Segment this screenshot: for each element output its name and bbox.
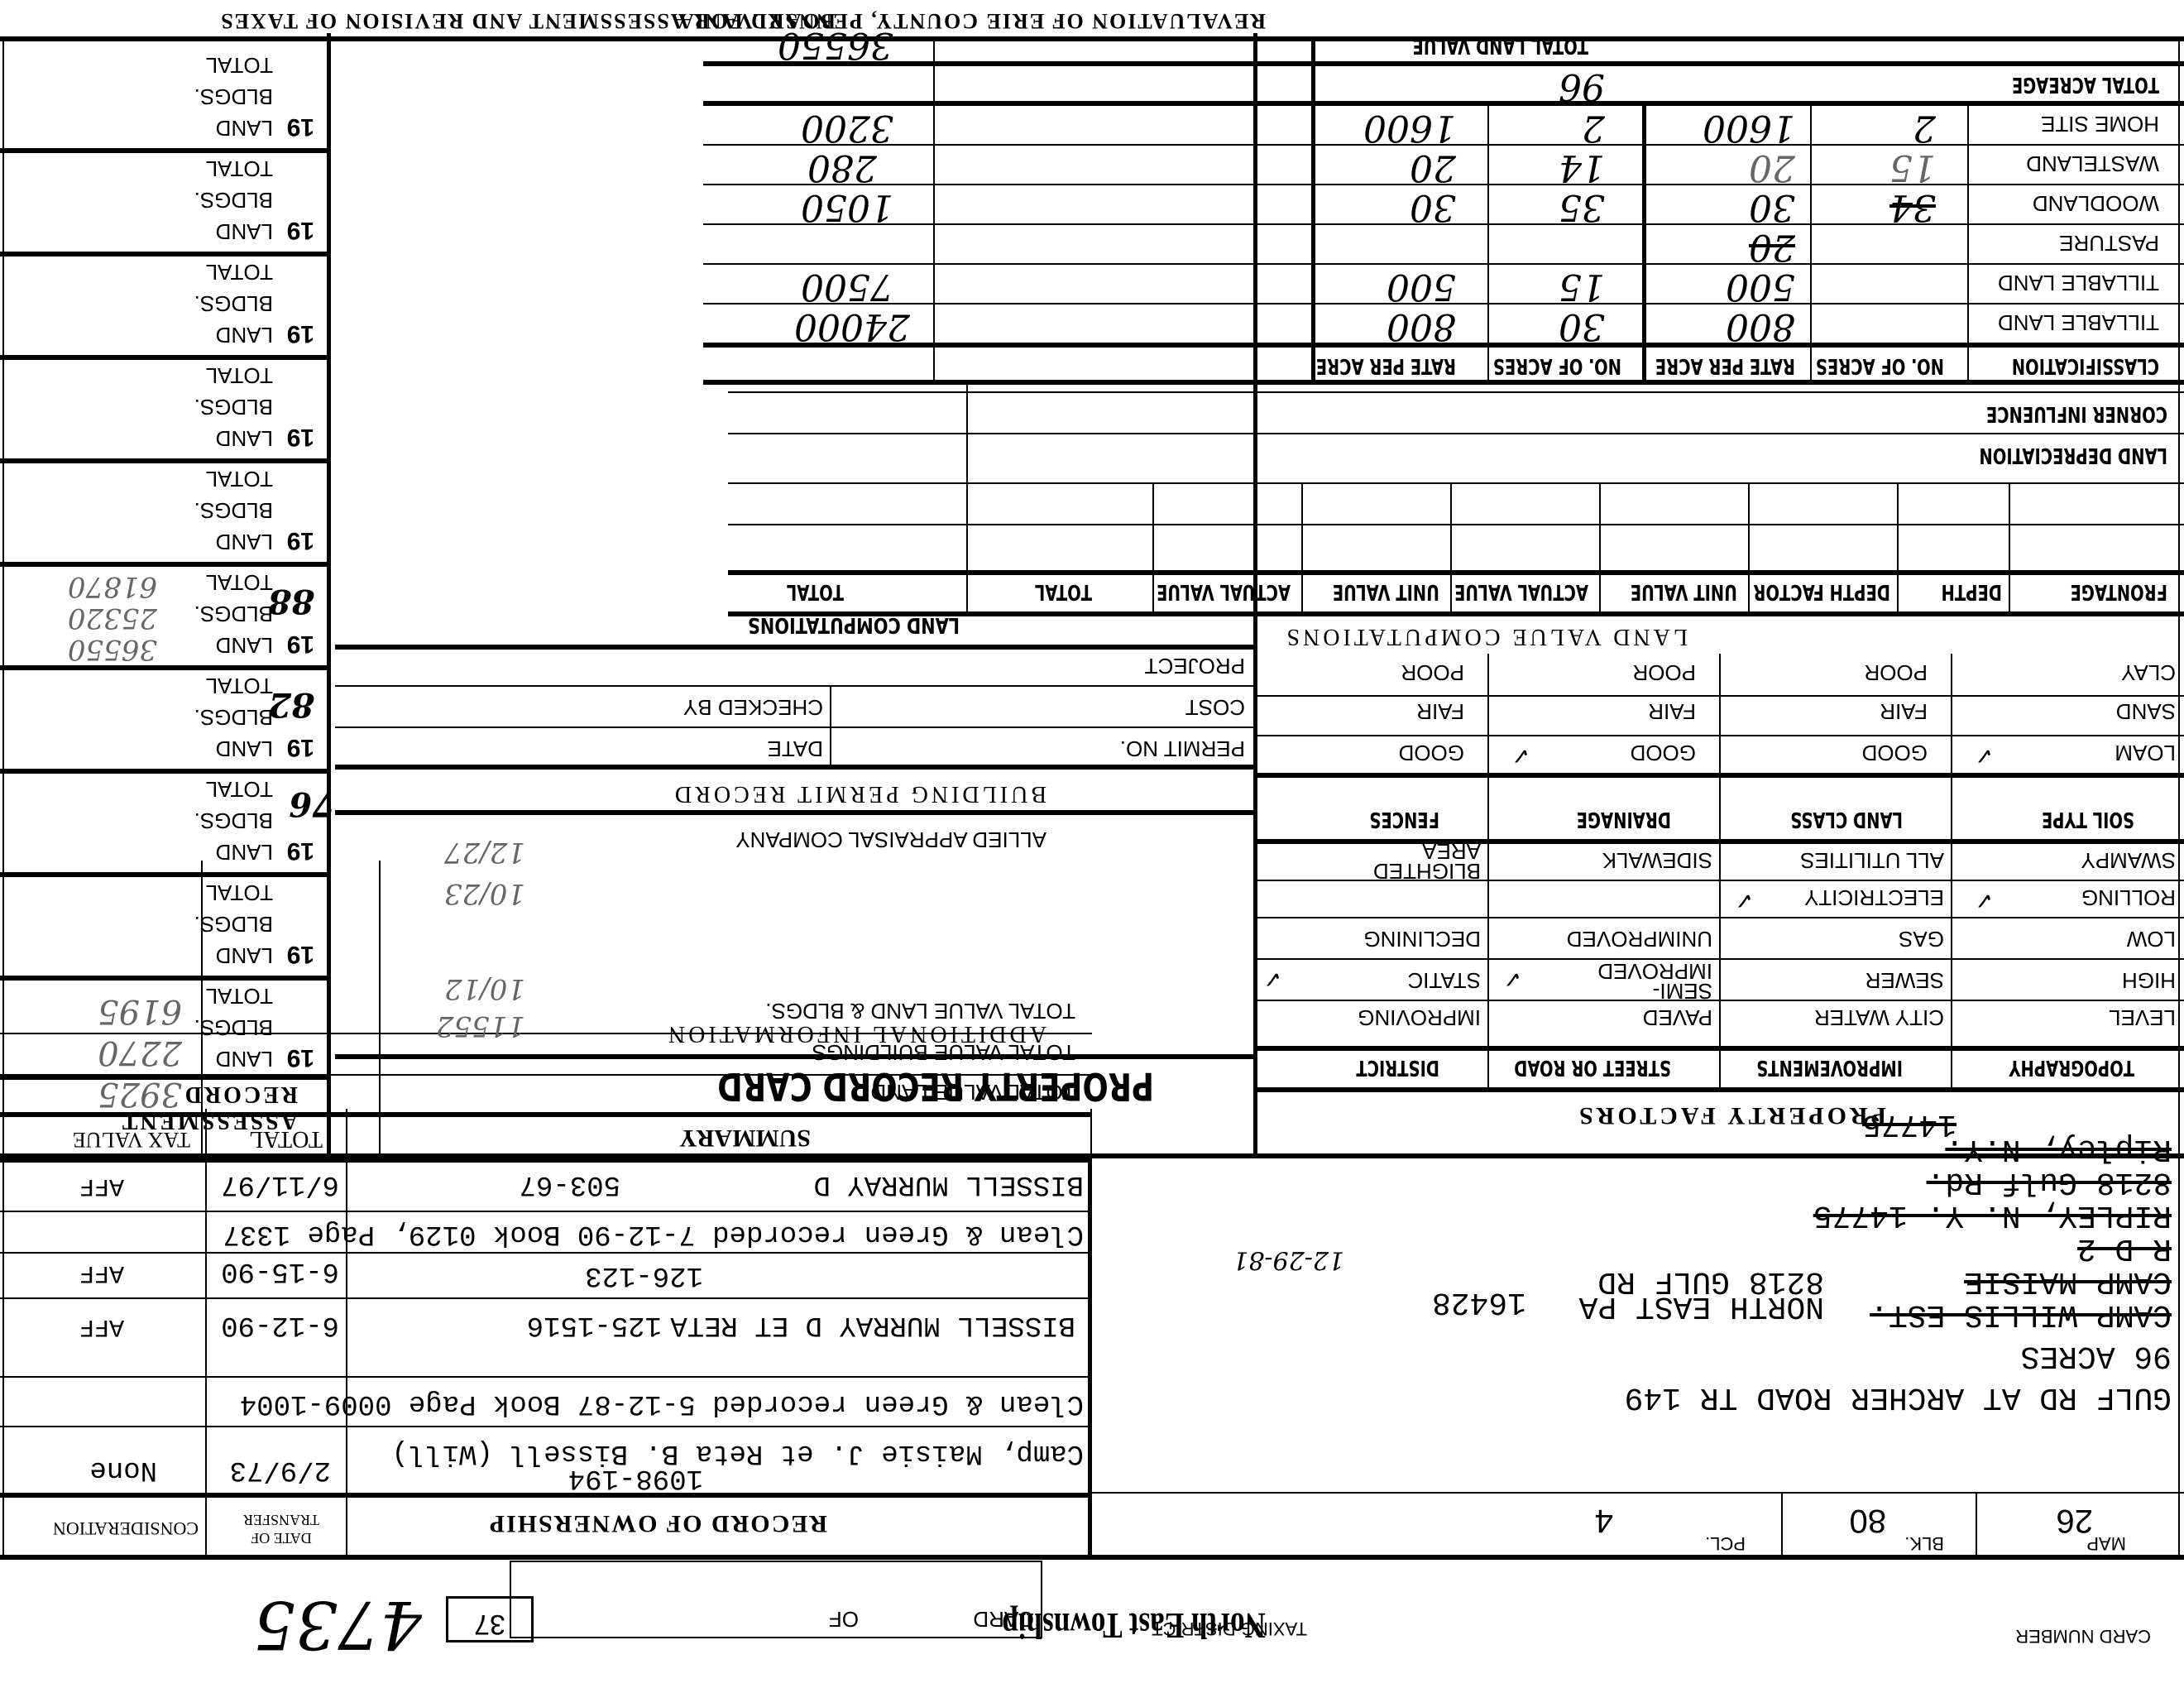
acreage-value: 7500 bbox=[801, 266, 893, 308]
street-semi-improved: SEMI-IMPROVED bbox=[1597, 961, 1712, 1001]
imp-electricity: ELECTRICITY bbox=[1804, 885, 1944, 910]
acreage-rate-2: 20 bbox=[1410, 146, 1456, 189]
ownership-text: Camp, Maisie J. et Reta B. Bissell (Will… bbox=[391, 1437, 1084, 1469]
year-prefix: 19 bbox=[287, 940, 314, 968]
fences-fair: FAIR bbox=[1416, 698, 1464, 724]
land-label: LAND bbox=[216, 115, 273, 141]
year-prefix: 19 bbox=[287, 113, 314, 141]
year-prefix: 19 bbox=[287, 526, 314, 554]
divider bbox=[1951, 774, 1952, 1092]
acreage-rate-1: 500 bbox=[1726, 266, 1795, 308]
acreage-col-classification: CLASSIFICATION bbox=[2012, 353, 2159, 378]
ownership-consideration: AFF bbox=[79, 1259, 124, 1287]
fences-good: GOOD bbox=[1399, 740, 1464, 765]
lvc-col-depth-factor: DEPTH FACTOR bbox=[1753, 579, 1890, 604]
ownership-date: 2/9/73 bbox=[230, 1454, 331, 1485]
acreage-acres-2: 35 bbox=[1559, 186, 1605, 228]
rule bbox=[0, 1426, 1092, 1427]
divider bbox=[1152, 484, 1154, 616]
acreage-acres-1: 15 bbox=[1889, 146, 1936, 189]
property-factors-title: PROPERTY FACTORS bbox=[1576, 1101, 1886, 1129]
land-depreciation-label: LAND DEPRECIATION bbox=[1979, 443, 2167, 468]
year-suffix: 82 bbox=[268, 685, 314, 724]
drainage-fair: FAIR bbox=[1648, 698, 1696, 724]
ownership-consideration: None bbox=[89, 1454, 157, 1485]
ownership-row: 126-123 6-15-90 AFF bbox=[0, 1254, 1092, 1295]
rule bbox=[335, 1054, 1253, 1059]
land-label: LAND bbox=[216, 942, 273, 968]
current-zip: 16428 bbox=[1432, 1284, 1526, 1320]
acreage-rate-1: 20 bbox=[1749, 146, 1795, 189]
rule bbox=[0, 1376, 1092, 1378]
blk-label: BLK. bbox=[1904, 1532, 1944, 1554]
land-label: LAND bbox=[216, 839, 273, 865]
soil-clay: CLAY bbox=[2121, 659, 2176, 685]
land-class-fair: FAIR bbox=[1880, 698, 1928, 724]
street-unimproved: UNIMPROVED bbox=[1567, 926, 1712, 952]
year-prefix: 19 bbox=[287, 216, 314, 244]
acreage-col-acres-2: NO. OF ACRES bbox=[1493, 353, 1621, 378]
property-acres: 96 ACRES bbox=[2021, 1338, 2172, 1374]
acreage-row: WOODLAND 34 30 35 30 1050 bbox=[703, 185, 2184, 224]
rule bbox=[335, 765, 1253, 770]
ownership-row: BISSELL MURRAY D 503-67 6/11/97 AFF bbox=[0, 1163, 1092, 1208]
rule bbox=[1257, 1046, 2184, 1051]
acreage-rate-1: 20 bbox=[1749, 226, 1795, 268]
bldgs-label: BLDGS. bbox=[194, 497, 273, 523]
acreage-classification: TILLABLE LAND bbox=[1998, 270, 2159, 295]
imp-all-utilities: ALL UTILITIES bbox=[1800, 847, 1944, 873]
additional-info-label: ADDITIONAL INFORMATION bbox=[665, 1020, 1046, 1047]
assessment-year-block: 19 LAND BLDGS. TOTAL bbox=[0, 360, 331, 459]
bldgs-label: BLDGS. bbox=[194, 808, 273, 833]
divider bbox=[1951, 654, 1952, 778]
total-label: TOTAL bbox=[206, 362, 273, 388]
topo-rolling: ROLLING bbox=[2081, 885, 2176, 910]
lvc-col-frontage: FRONTAGE bbox=[2071, 579, 2167, 604]
checkbox-loam[interactable]: ✓ bbox=[1975, 742, 1994, 770]
blk-value: 80 bbox=[1850, 1502, 1887, 1539]
bldgs-label: BLDGS. bbox=[194, 911, 273, 937]
year-prefix: 19 bbox=[287, 837, 314, 865]
map-blk-pcl-bar: MAP 26 BLK. 80 PCL. 4 bbox=[1257, 1494, 2176, 1556]
land-label: LAND bbox=[216, 322, 273, 348]
bldgs-label: BLDGS. bbox=[194, 704, 273, 730]
total-acreage-value: 96 bbox=[1559, 65, 1605, 108]
street-header: STREET OR ROAD bbox=[1514, 1055, 1671, 1080]
rule bbox=[1257, 917, 2184, 918]
struck-address-3: 8218 Gulf Rd. bbox=[1927, 1164, 2172, 1200]
assessment-year-block: 19 LAND BLDGS. TOTAL bbox=[0, 463, 331, 563]
lvc-col-actual-value-1: ACTUAL VALUE bbox=[1454, 579, 1588, 604]
year-suffix: 88 bbox=[268, 582, 314, 621]
rule bbox=[703, 61, 2184, 66]
ownership-row: BISSELL MURRAY D ET RETA 125-1516 6-12-9… bbox=[0, 1299, 1092, 1374]
record-of-ownership: RECORD OF OWNERSHIP DATE OF TRANSFER CON… bbox=[0, 1109, 1092, 1556]
acreage-value: 280 bbox=[807, 146, 877, 189]
divider bbox=[1976, 1494, 1977, 1556]
land-label: LAND bbox=[216, 529, 273, 554]
acreage-classification: HOME SITE bbox=[2041, 111, 2159, 137]
rule bbox=[728, 482, 2184, 484]
lvc-col-total-1: TOTAL bbox=[1035, 579, 1092, 604]
acreage-rate-1: 800 bbox=[1726, 305, 1795, 348]
drainage-poor: POOR bbox=[1632, 659, 1696, 685]
ownership-consideration: AFF bbox=[79, 1312, 124, 1340]
summary-title: SUMMARY bbox=[679, 1124, 811, 1152]
total-label: TOTAL bbox=[206, 983, 273, 1009]
date-of-transfer-header: DATE OF TRANSFER bbox=[223, 1511, 339, 1547]
checked-by-label: CHECKED BY bbox=[683, 694, 823, 720]
land-value-computations: LAND VALUE COMPUTATIONS FRONTAGE DEPTH D… bbox=[728, 385, 2184, 658]
acreage-acres-1: 2 bbox=[1913, 107, 1936, 149]
property-address-block: GULF RD AT ARCHER ROAD TR 149 96 ACRES C… bbox=[1104, 1117, 2172, 1481]
header-right-title: BOARD FOR ASSESSMENT AND REVISION OF TAX… bbox=[219, 8, 836, 33]
acreage-row: TILLABLE LAND 800 30 800 24000 bbox=[703, 305, 2184, 343]
rule bbox=[728, 570, 2184, 575]
ownership-text: Clean & Green recorded 5-12-87 Book Page… bbox=[240, 1388, 1084, 1419]
year-prefix: 19 bbox=[287, 630, 314, 658]
acreage-acres-2: 14 bbox=[1559, 146, 1605, 189]
divider bbox=[1450, 484, 1452, 616]
street-sidewalk: SIDEWALK bbox=[1602, 847, 1712, 873]
ownership-text: BISSELL MURRAY D ET RETA bbox=[670, 1309, 1075, 1340]
topo-high: HIGH bbox=[2122, 967, 2176, 993]
handwritten-date: 12-29-81 bbox=[1233, 1245, 1344, 1274]
bldgs-label: BLDGS. bbox=[194, 601, 273, 626]
ownership-row: Clean & Green recorded 5-12-87 Book Page… bbox=[0, 1378, 1092, 1423]
total-label: TOTAL bbox=[206, 52, 273, 78]
total-land-value-label: TOTAL LAND VALUE bbox=[1412, 33, 1588, 58]
district-header: DISTRICT bbox=[1356, 1055, 1439, 1080]
acreage-classification: WOODLAND bbox=[2033, 190, 2159, 216]
ownership-ref: 126-123 bbox=[585, 1259, 703, 1291]
total-label: TOTAL bbox=[206, 776, 273, 802]
district-blighted-area: BLIGHTED AREA bbox=[1365, 842, 1481, 881]
divider bbox=[1487, 654, 1489, 778]
checkbox-semi-improved[interactable]: ✓ bbox=[1503, 966, 1522, 993]
ownership-date: 6-12-90 bbox=[221, 1309, 339, 1340]
year-suffix: 76 bbox=[289, 784, 335, 823]
assessment-years: 19 LAND BLDGS. TOTAL 19 LAND BLDGS. TOTA… bbox=[0, 41, 331, 1080]
acreage-rate-2: 30 bbox=[1410, 186, 1456, 228]
ownership-ref: 503-67 bbox=[520, 1168, 620, 1200]
divider bbox=[1599, 484, 1601, 616]
acreage-acres-2: 15 bbox=[1559, 266, 1605, 308]
property-factors: PROPERTY FACTORS TOPOGRAPHY IMPROVEMENTS… bbox=[1257, 774, 2184, 1146]
property-record-card: REVALUATION OF ERIE COUNTY, PENNSYLVANIA… bbox=[0, 0, 2184, 1688]
acreage-col-rate-2: RATE PER ACRE bbox=[1316, 353, 1456, 378]
map-bar-rule bbox=[1092, 1492, 2184, 1494]
total-label: TOTAL bbox=[206, 259, 273, 285]
land-class-poor: POOR bbox=[1864, 659, 1928, 685]
fences-poor: POOR bbox=[1401, 659, 1464, 685]
acreage-acres-2: 2 bbox=[1582, 107, 1605, 149]
taxing-district-value: North East Township bbox=[1002, 1604, 1266, 1647]
divider bbox=[1719, 774, 1721, 1092]
rule bbox=[1257, 1000, 2184, 1001]
rule bbox=[1257, 1087, 2184, 1092]
assessment-year-block: 19 88 LAND 36550 BLDGS. 25320 TOTAL 6187… bbox=[0, 567, 331, 666]
total-label: TOTAL bbox=[206, 880, 273, 905]
assessment-year-block: 19 LAND BLDGS. TOTAL bbox=[0, 877, 331, 976]
bldgs-label: BLDGS. bbox=[194, 84, 273, 109]
rule bbox=[0, 1211, 1092, 1212]
divider bbox=[1487, 774, 1489, 1092]
rule bbox=[728, 611, 2184, 616]
rule bbox=[335, 685, 1253, 687]
bldgs-label: BLDGS. bbox=[194, 290, 273, 316]
acreage-classification: TILLABLE LAND bbox=[1998, 309, 2159, 335]
handwritten-note: 10/23 bbox=[444, 877, 525, 910]
total-label: TOTAL bbox=[206, 156, 273, 181]
acreage-value: 1050 bbox=[801, 186, 893, 228]
ownership-row: Camp, Maisie J. et Reta B. Bissell (Will… bbox=[0, 1427, 1092, 1494]
acreage-acres-2: 30 bbox=[1559, 305, 1605, 348]
rule bbox=[703, 101, 2184, 106]
property-location: GULF RD AT ARCHER ROAD TR 149 bbox=[1625, 1379, 2172, 1415]
acreage-rate-2: 500 bbox=[1387, 266, 1456, 308]
imp-sewer: SEWER bbox=[1865, 967, 1944, 993]
rule bbox=[335, 810, 1253, 815]
soil-sand: SAND bbox=[2116, 698, 2176, 724]
of-label: OF bbox=[829, 1606, 859, 1632]
lvc-title: LAND VALUE COMPUTATIONS bbox=[1283, 623, 1688, 650]
land-class-good: GOOD bbox=[1862, 740, 1928, 765]
divider bbox=[1781, 1494, 1783, 1556]
acreage-row: WASTELAND 15 20 14 20 280 bbox=[703, 146, 2184, 185]
box-number: 37 bbox=[446, 1596, 534, 1642]
total-label: TOTAL bbox=[206, 466, 273, 492]
checkbox-electricity[interactable]: ✓ bbox=[1735, 887, 1754, 914]
consideration-header: CONSIDERATION bbox=[53, 1518, 199, 1539]
handwritten-note: 10/12 bbox=[444, 972, 525, 1005]
assessment-year-block: 19 LAND BLDGS. TOTAL bbox=[0, 257, 331, 356]
struck-owner-1: CAMP WILLIS EST. bbox=[1870, 1297, 2172, 1332]
middle-panel: PROPERTY RECORD CARD ADDITIONAL INFORMAT… bbox=[335, 637, 1253, 1109]
topo-swampy: SWAMPY bbox=[2081, 847, 2176, 873]
bldgs-label: BLDGS. bbox=[194, 187, 273, 213]
year-prefix: 19 bbox=[287, 319, 314, 348]
ownership-row: Clean & Green recorded 7-12-90 Book 0129… bbox=[0, 1212, 1092, 1249]
divider bbox=[1719, 654, 1721, 778]
street-paved: PAVED bbox=[1643, 1005, 1712, 1030]
rule bbox=[335, 727, 1253, 728]
rule bbox=[728, 524, 2184, 525]
bldgs-label: BLDGS. bbox=[194, 394, 273, 420]
acreage-acres-1: 34 bbox=[1889, 186, 1936, 228]
land-label: LAND bbox=[216, 218, 273, 244]
acreage-row: TILLABLE LAND 500 15 500 7500 bbox=[703, 265, 2184, 304]
acreage-rate-2: 1600 bbox=[1363, 107, 1456, 149]
rule bbox=[0, 1252, 1092, 1254]
acreage-col-acres-1: NO. OF ACRES bbox=[1816, 353, 1944, 378]
improvements-header: IMPROVEMENTS bbox=[1756, 1055, 1903, 1080]
struck-owner-2: CAMP MAISIE bbox=[1964, 1264, 2172, 1299]
handwritten-note: 11552 bbox=[436, 1009, 525, 1043]
year-prefix: 19 bbox=[287, 423, 314, 451]
district-improving: IMPROVING bbox=[1358, 1005, 1481, 1030]
struck-address-2: RIPLEY, N. Y. 14775 bbox=[1813, 1197, 2172, 1233]
divider bbox=[830, 687, 831, 770]
checkbox-drainage-good[interactable]: ✓ bbox=[1511, 742, 1530, 770]
total-acreage-label: TOTAL ACREAGE bbox=[2012, 72, 2159, 97]
assessment-bldgs-value: 25320 bbox=[68, 602, 157, 635]
year-prefix: 19 bbox=[287, 733, 314, 761]
struck-address-1: R D 2 bbox=[2077, 1230, 2172, 1266]
pcl-value: 4 bbox=[1595, 1502, 1613, 1539]
acreage-classification: PASTURE bbox=[2059, 230, 2159, 256]
bldgs-label: BLDGS. bbox=[194, 1014, 273, 1040]
land-label: LAND bbox=[216, 425, 273, 451]
assessment-year-block: 19 LAND BLDGS. TOTAL bbox=[0, 981, 331, 1080]
acreage-rate-1: 30 bbox=[1749, 186, 1795, 228]
card-number-block: CARD NUMBER bbox=[2052, 1625, 2151, 1647]
border bbox=[2178, 41, 2180, 1560]
corner-influence-label: CORNER INFLUENCE bbox=[1986, 401, 2167, 426]
rule bbox=[1257, 735, 2184, 736]
acreage-rate-1: 1600 bbox=[1703, 107, 1795, 149]
divider bbox=[966, 385, 968, 616]
permit-date-label: DATE bbox=[768, 736, 823, 761]
section-rule bbox=[0, 1153, 2184, 1158]
acreage-row: PASTURE 20 bbox=[703, 225, 2184, 264]
ownership-ref: 125-1516 bbox=[527, 1309, 662, 1340]
topo-level: LEVEL bbox=[2109, 1005, 2176, 1030]
divider bbox=[1748, 484, 1750, 616]
acreage-value: 3200 bbox=[801, 107, 893, 149]
current-address-line2: NORTH EAST PA bbox=[1579, 1288, 1824, 1324]
district-static: STATIC bbox=[1407, 967, 1481, 993]
total-label: TOTAL bbox=[206, 569, 273, 595]
rule bbox=[728, 433, 2184, 434]
topo-low: LOW bbox=[2127, 926, 2176, 952]
acreage-rate-2: 800 bbox=[1387, 305, 1456, 348]
drainage-header: DRAINAGE bbox=[1577, 807, 1671, 832]
assessment-land-value: 36550 bbox=[68, 633, 157, 666]
permit-no-label: PERMIT NO. bbox=[1120, 736, 1245, 761]
drainage-good: GOOD bbox=[1631, 740, 1696, 765]
soil-loam: LOAM bbox=[2115, 740, 2176, 765]
allied-appraisal-label: ALLIED APPRAISAL COMPANY bbox=[735, 827, 1046, 852]
divider bbox=[1088, 1154, 1092, 1560]
soil-table: LOAM ✓ SAND CLAY GOOD FAIR POOR GOOD FAI… bbox=[1257, 654, 2184, 778]
checkbox-rolling[interactable]: ✓ bbox=[1975, 887, 1994, 914]
divider bbox=[2009, 484, 2010, 616]
imp-gas: GAS bbox=[1899, 926, 1944, 952]
border bbox=[2, 41, 4, 1560]
rule bbox=[1257, 773, 2184, 778]
topography-header: TOPOGRAPHY bbox=[2009, 1055, 2134, 1080]
rule bbox=[1257, 695, 2184, 697]
rule bbox=[0, 1297, 1092, 1299]
assessment-year-block: 19 76 LAND BLDGS. TOTAL bbox=[0, 774, 331, 873]
map-value: 26 bbox=[2057, 1502, 2094, 1539]
land-label: LAND bbox=[216, 632, 273, 658]
pcl-label: PCL. bbox=[1705, 1532, 1746, 1554]
lvc-col-depth: DEPTH bbox=[1942, 579, 2002, 604]
soil-type-header: SOIL TYPE bbox=[2042, 807, 2134, 832]
ownership-date: 6-15-90 bbox=[221, 1255, 339, 1287]
ownership-text: Clean & Green recorded 7-12-90 Book 0129… bbox=[223, 1218, 1084, 1249]
assessment-total-value: 61870 bbox=[68, 570, 157, 603]
ownership-title: RECORD OF OWNERSHIP bbox=[488, 1509, 827, 1537]
lvc-col-unit-value-2: UNIT VALUE bbox=[1333, 579, 1439, 604]
cost-label: COST bbox=[1185, 694, 1245, 720]
acreage-classification: WASTELAND bbox=[2026, 151, 2159, 176]
rule bbox=[703, 380, 2184, 385]
lvc-col-total-2: TOTAL bbox=[787, 579, 844, 604]
rule bbox=[1257, 880, 2184, 881]
ownership-consideration: AFF bbox=[79, 1172, 124, 1200]
card-title: PROPERTY RECORD CARD bbox=[717, 1064, 1154, 1109]
land-class-header: LAND CLASS bbox=[1790, 807, 1903, 832]
imp-city-water: CITY WATER bbox=[1814, 1005, 1944, 1030]
fences-header: FENCES bbox=[1369, 807, 1439, 832]
acreage-col-rate-1: RATE PER ACRE bbox=[1655, 353, 1795, 378]
acreage-row: HOME SITE 2 1600 2 1600 3200 bbox=[703, 106, 2184, 145]
checkbox-static[interactable]: ✓ bbox=[1263, 966, 1282, 993]
ownership-ref: 1098-194 bbox=[568, 1462, 703, 1494]
assessment-year-block: 19 LAND BLDGS. TOTAL bbox=[0, 50, 331, 149]
divider bbox=[1897, 484, 1899, 616]
building-permit-label: BUILDING PERMIT RECORD bbox=[672, 780, 1046, 807]
assessment-year-block: 19 82 LAND BLDGS. TOTAL bbox=[0, 670, 331, 770]
ownership-text: BISSELL MURRAY D bbox=[814, 1168, 1084, 1200]
year-prefix: 19 bbox=[287, 1043, 314, 1072]
ownership-date: 6/11/97 bbox=[221, 1168, 339, 1200]
district-declining: DECLINING bbox=[1363, 926, 1481, 952]
rule bbox=[1257, 958, 2184, 960]
card-number-label: CARD NUMBER bbox=[2052, 1625, 2151, 1647]
lvc-col-unit-value-1: UNIT VALUE bbox=[1631, 579, 1737, 604]
assessment-year-block: 19 LAND BLDGS. TOTAL bbox=[0, 153, 331, 252]
rule bbox=[728, 391, 2184, 393]
acreage-value: 24000 bbox=[794, 305, 910, 348]
card-of-box: CARD OF bbox=[510, 1561, 1042, 1638]
divider bbox=[1301, 484, 1303, 616]
handwritten-note: 12/27 bbox=[444, 836, 525, 869]
land-label: LAND bbox=[216, 736, 273, 761]
total-land-value: 36550 bbox=[778, 24, 893, 66]
lvc-col-actual-value-2: ACTUAL VALUE bbox=[1157, 579, 1291, 604]
land-label: LAND bbox=[216, 1046, 273, 1072]
handwritten-card-number: 4735 bbox=[253, 1586, 422, 1663]
assessment-title: ASSESSMENT RECORD bbox=[0, 1081, 298, 1134]
total-label: TOTAL bbox=[206, 673, 273, 698]
rule bbox=[1257, 839, 2184, 844]
